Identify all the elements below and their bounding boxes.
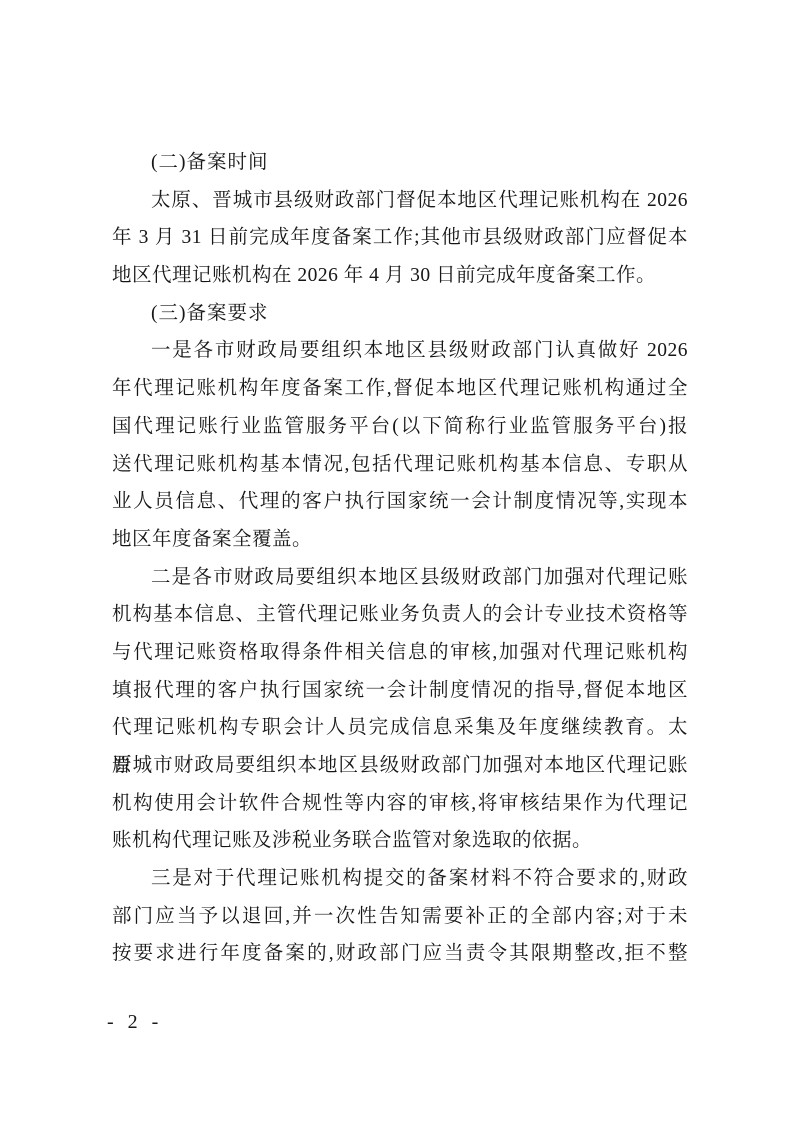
document-page: (二)备案时间 太原、晋城市县级财政部门督促本地区代理记账机构在 2026 年 … — [0, 0, 800, 1132]
body-line: 一是各市财政局要组织本地区县级财政部门认真做好 2026 — [112, 332, 688, 370]
body-line: 部门应当予以退回,并一次性告知需要补正的全部内容;对于未 — [112, 898, 688, 936]
body-line: 三是对于代理记账机构提交的备案材料不符合要求的,财政 — [112, 860, 688, 898]
body-line: 二是各市财政局要组织本地区县级财政部门加强对代理记账 — [112, 559, 688, 597]
heading-line: (二)备案时间 — [112, 144, 688, 182]
body-line: 机构使用会计软件合规性等内容的审核,将审核结果作为代理记 — [112, 785, 688, 823]
body-line: 账机构代理记账及涉税业务联合监管对象选取的依据。 — [112, 822, 688, 860]
section-heading-3: (三)备案要求 — [112, 295, 688, 333]
paragraph-filing-time: 太原、晋城市县级财政部门督促本地区代理记账机构在 2026 年 3 月 31 日… — [112, 182, 688, 295]
body-line: 年代理记账机构年度备案工作,督促本地区代理记账机构通过全 — [112, 370, 688, 408]
body-line: 代理记账机构专职会计人员完成信息采集及年度继续教育。太原、 — [112, 709, 688, 747]
heading-line: (三)备案要求 — [112, 295, 688, 333]
paragraph-requirement-1: 一是各市财政局要组织本地区县级财政部门认真做好 2026 年代理记账机构年度备案… — [112, 332, 688, 558]
section-heading-2: (二)备案时间 — [112, 144, 688, 182]
paragraph-requirement-3: 三是对于代理记账机构提交的备案材料不符合要求的,财政 部门应当予以退回,并一次性… — [112, 860, 688, 973]
body-line: 晋城市财政局要组织本地区县级财政部门加强对本地区代理记账 — [112, 747, 688, 785]
body-line: 国代理记账行业监管服务平台(以下简称行业监管服务平台)报 — [112, 408, 688, 446]
body-line: 地区代理记账机构在 2026 年 4 月 30 日前完成年度备案工作。 — [112, 257, 688, 295]
body-line: 按要求进行年度备案的,财政部门应当责令其限期整改,拒不整 — [112, 935, 688, 973]
document-text-block: (二)备案时间 太原、晋城市县级财政部门督促本地区代理记账机构在 2026 年 … — [112, 144, 688, 973]
body-line: 业人员信息、代理的客户执行国家统一会计制度情况等,实现本 — [112, 483, 688, 521]
page-number: - 2 - — [107, 1008, 160, 1036]
body-line: 与代理记账资格取得条件相关信息的审核,加强对代理记账机构 — [112, 634, 688, 672]
body-line: 地区年度备案全覆盖。 — [112, 521, 688, 559]
body-line: 年 3 月 31 日前完成年度备案工作;其他市县级财政部门应督促本 — [112, 219, 688, 257]
paragraph-requirement-2: 二是各市财政局要组织本地区县级财政部门加强对代理记账 机构基本信息、主管代理记账… — [112, 559, 688, 861]
body-line: 送代理记账机构基本情况,包括代理记账机构基本信息、专职从 — [112, 446, 688, 484]
body-line: 机构基本信息、主管代理记账业务负责人的会计专业技术资格等 — [112, 596, 688, 634]
body-line: 太原、晋城市县级财政部门督促本地区代理记账机构在 2026 — [112, 182, 688, 220]
body-line: 填报代理的客户执行国家统一会计制度情况的指导,督促本地区 — [112, 672, 688, 710]
